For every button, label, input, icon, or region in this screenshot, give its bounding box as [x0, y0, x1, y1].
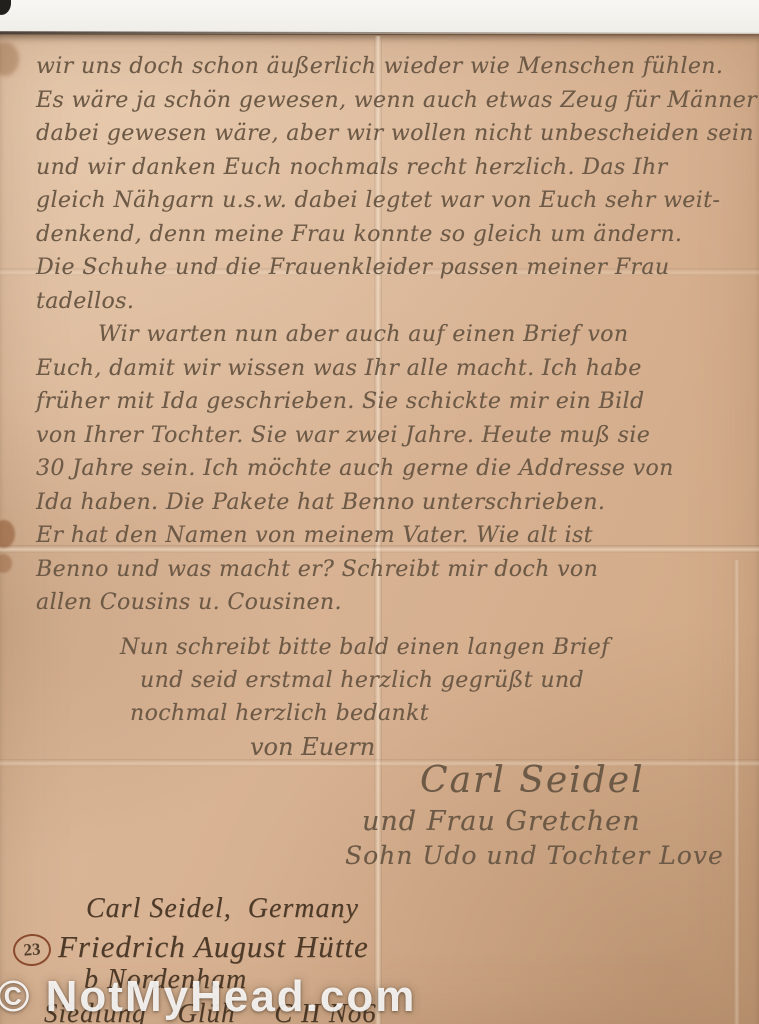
letter-line: wir uns doch schon äußerlich wieder wie … — [36, 50, 751, 84]
letter-line: und seid erstmal herzlich gegrüßt und — [36, 664, 751, 697]
letter-line: allen Cousins u. Cousinen. — [36, 586, 751, 620]
letter-paragraph-2: Wir warten nun aber auch auf einen Brief… — [36, 318, 751, 620]
letter-line: gleich Nähgarn u.s.w. dabei legtet war v… — [36, 184, 751, 218]
letter-line: Ida haben. Die Pakete hat Benno untersch… — [36, 486, 751, 520]
letter-line: dabei gewesen wäre, aber wir wollen nich… — [36, 117, 751, 151]
signature-line-children: Sohn Udo und Tochter Love — [345, 841, 724, 870]
letter-paragraph-1: wir uns doch schon äußerlich wieder wie … — [36, 50, 751, 318]
address-street: Friedrich August Hütte — [58, 929, 369, 965]
scan-corner-mark — [0, 0, 11, 15]
letter-closing: von Euern — [250, 733, 375, 761]
letter-line: nochmal herzlich bedankt — [36, 697, 751, 730]
letter-line: denkend, denn meine Frau konnte so gleic… — [36, 218, 751, 252]
letter-line: tadellos. — [36, 285, 751, 319]
signature-carl-seidel: Carl Seidel — [420, 760, 645, 801]
signature-line-frau: und Frau Gretchen — [362, 806, 641, 837]
letter-line: früher mit Ida geschrieben. Sie schickte… — [36, 385, 751, 419]
scanned-letter-page: wir uns doch schon äußerlich wieder wie … — [0, 0, 759, 1024]
letter-line: Es wäre ja schön gewesen, wenn auch etwa… — [36, 84, 751, 118]
scanner-background — [0, 0, 759, 34]
letter-line: und wir danken Euch nochmals recht herzl… — [36, 151, 751, 185]
letter-line: Wir warten nun aber auch auf einen Brief… — [36, 318, 751, 352]
letter-line: Nun schreibt bitte bald einen langen Bri… — [36, 631, 751, 664]
letter-line: von Ihrer Tochter. Sie war zwei Jahre. H… — [36, 419, 751, 453]
letter-line: Die Schuhe und die Frauenkleider passen … — [36, 251, 751, 285]
letter-line: 30 Jahre sein. Ich möchte auch gerne die… — [36, 452, 751, 486]
letter-line: Euch, damit wir wissen was Ihr alle mach… — [36, 352, 751, 386]
address-name-country: Carl Seidel, Germany — [86, 893, 359, 925]
letter-line: Benno und was macht er? Schreibt mir doc… — [36, 553, 751, 587]
letter-line: Er hat den Namen von meinem Vater. Wie a… — [36, 519, 751, 553]
watermark-notmyhead: © NotMyHead.com — [0, 972, 416, 1022]
letter-paragraph-3: Nun schreibt bitte bald einen langen Bri… — [36, 631, 751, 730]
